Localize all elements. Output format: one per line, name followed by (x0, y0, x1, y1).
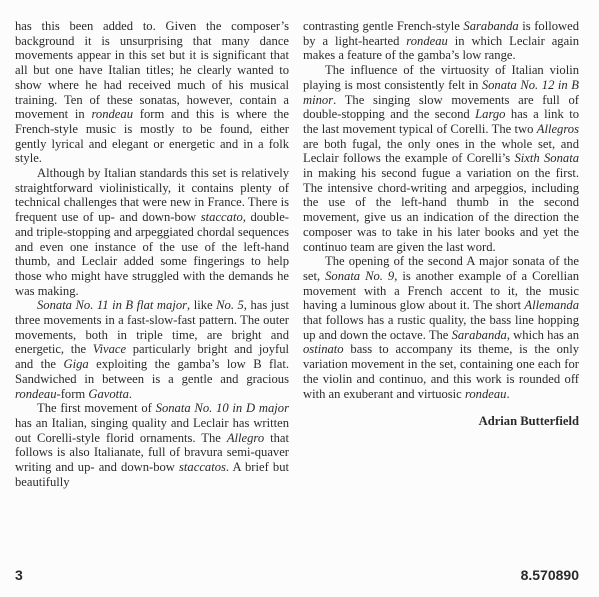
catalogue-number: 8.570890 (521, 567, 579, 583)
page-number: 3 (15, 567, 23, 583)
paragraph: Although by Italian standards this set i… (15, 166, 289, 298)
paragraph: The influence of the virtuosity of Itali… (303, 63, 579, 254)
paragraph: contrasting gentle French-style Saraband… (303, 19, 579, 63)
paragraph: The first movement of Sonata No. 10 in D… (15, 401, 289, 489)
left-column: has this been added to. Given the compos… (15, 19, 289, 490)
paragraph: The opening of the second A major sonata… (303, 254, 579, 401)
paragraph: has this been added to. Given the compos… (15, 19, 289, 166)
right-column: contrasting gentle French-style Saraband… (303, 19, 579, 429)
author-signature: Adrian Butterfield (303, 414, 579, 429)
paragraph: Sonata No. 11 in B flat major, like No. … (15, 298, 289, 401)
